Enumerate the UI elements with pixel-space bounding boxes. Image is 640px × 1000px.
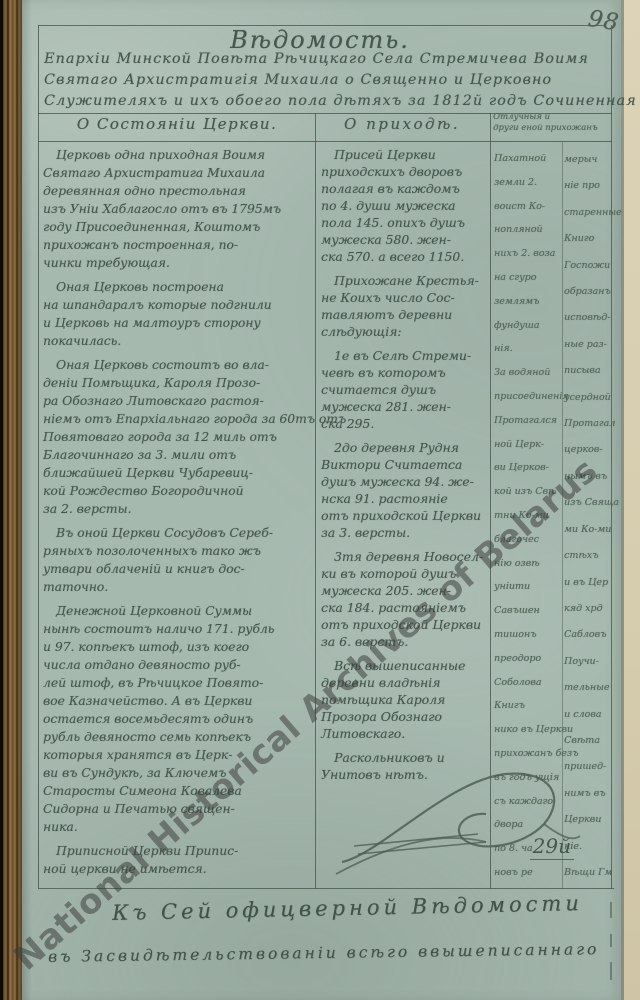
- table-border-right: [611, 25, 612, 889]
- text-line: Епархіи Минской Повѣта Рѣчицкаго Села Ст…: [44, 49, 616, 70]
- text-line: тавляютъ деревни: [321, 306, 487, 323]
- text-line: на шпандаралъ которые подгнили: [43, 296, 313, 314]
- paragraph: Всѣ вышеписанныедеревни владѣніяпомѣщика…: [321, 657, 487, 742]
- page-number: 98: [586, 6, 621, 37]
- paragraph: 1е въ Селѣ Стреми-чевѣ въ которомъсчитае…: [321, 347, 487, 432]
- text-line: и Церковь на малтоуръ сторону: [43, 314, 313, 332]
- text-line: кой изъ Свѣ: [494, 480, 560, 504]
- text-line: тни Ко-ми: [494, 504, 560, 528]
- text-line: Оная Церковь состоитъ во вла-: [43, 356, 313, 374]
- text-line: ска 295.: [321, 415, 487, 432]
- text-line: тишонъ: [494, 623, 560, 647]
- text-line: Святаго Архистратига Михаила: [43, 164, 313, 182]
- text-line: мерыч: [564, 147, 610, 173]
- text-line: по 4. души мужеска: [321, 197, 487, 214]
- paragraph: Приписной Церкви Припис-ной церкви не им…: [43, 842, 313, 878]
- margin-dash-mark: [610, 934, 612, 947]
- text-line: церков-: [564, 437, 610, 463]
- text-line: изъ Свяща: [564, 490, 610, 516]
- text-line: ска 570. а всего 1150.: [321, 248, 487, 265]
- text-line: Церковь одна приходная Воимя: [43, 146, 313, 164]
- text-line: Святаго Архистратигія Михаила о Священно…: [44, 70, 616, 91]
- text-line: покачилась.: [43, 332, 313, 350]
- text-line: Всѣ вышеписанные: [321, 657, 487, 674]
- signature-block: 29й: [328, 750, 608, 890]
- text-line: кяд хрд: [564, 596, 610, 622]
- text-line: отъ приходской Церкви: [321, 616, 487, 633]
- text-line: нска 91. растояніе: [321, 490, 487, 507]
- text-line: ніе про: [564, 173, 610, 199]
- text-line: Пахатной: [494, 147, 560, 171]
- text-line: за 2. версты.: [43, 500, 313, 518]
- text-line: Поучи-: [564, 649, 610, 675]
- text-line: мужеска 281. жен-: [321, 398, 487, 415]
- text-line: ви въ Сундукѣ, за Ключемъ: [43, 764, 313, 782]
- text-line: приходскихъ дворовъ: [321, 163, 487, 180]
- archival-scan-page: 98 Вѣдомость. Епархіи Минской Повѣта Рѣч…: [0, 0, 640, 1000]
- text-line: присоединенія: [494, 385, 560, 409]
- text-line: исповѣд-: [564, 305, 610, 331]
- text-line: писыва: [564, 358, 610, 384]
- paragraph: Оная Церковь построенана шпандаралъ кото…: [43, 278, 313, 350]
- text-line: земли 2.: [494, 171, 560, 195]
- text-line: фундуша: [494, 314, 560, 338]
- text-line: Повятоваго города за 12 миль отъ: [43, 428, 313, 446]
- text-line: изъ Уніи Хаблагосло отъ въ 1795мъ: [43, 200, 313, 218]
- text-line: на сгуро: [494, 266, 560, 290]
- text-line: за 3. версты.: [321, 524, 487, 541]
- text-line: чевѣ въ которомъ: [321, 364, 487, 381]
- parish-column-text: Присей Церквиприходскихъ дворовъполагая …: [321, 146, 487, 783]
- text-line: за 6. верстъ.: [321, 633, 487, 650]
- text-line: уніити: [494, 575, 560, 599]
- text-line: За водяной: [494, 361, 560, 385]
- text-line: образанъ: [564, 279, 610, 305]
- text-line: лей штоф, въ Рѣчицкое Повято-: [43, 674, 313, 692]
- text-line: Сидорна и Печатью священ-: [43, 800, 313, 818]
- text-line: нія.: [494, 337, 560, 361]
- text-line: Литовскаго.: [321, 725, 487, 742]
- text-line: ви Церков-: [494, 456, 560, 480]
- text-line: нико въ Церкви: [494, 718, 560, 742]
- text-line: землямъ: [494, 290, 560, 314]
- text-line: Виктори Считаетса: [321, 456, 487, 473]
- paragraph: Присей Церквиприходскихъ дворовъполагая …: [321, 146, 487, 265]
- signature-number: 29й: [530, 834, 574, 860]
- text-line: пола 145. опихъ душъ: [321, 214, 487, 231]
- text-line: полагая въ каждомъ: [321, 180, 487, 197]
- column-header-parish: О приходѣ.: [318, 115, 486, 133]
- text-line: нынѣ состоитъ наличо 171. рубль: [43, 620, 313, 638]
- text-line: числа отдано девяносто руб-: [43, 656, 313, 674]
- text-line: ника.: [43, 818, 313, 836]
- text-line: прихожанъ построенная, по-: [43, 236, 313, 254]
- text-line: Старосты Симеона Ковалева: [43, 782, 313, 800]
- text-line: ніемъ отъ Епархіальнаго города за 60тъ о…: [43, 410, 313, 428]
- paragraph: Въ оной Церкви Сосудовъ Сереб-ряныхъ поз…: [43, 524, 313, 596]
- text-line: 1е въ Селѣ Стреми-: [321, 347, 487, 364]
- table-header-bottom-line: [38, 141, 612, 142]
- paragraph: Денежной Церковной Суммынынѣ состоитъ на…: [43, 602, 313, 836]
- text-line: деревянная одно престольная: [43, 182, 313, 200]
- text-line: слѣдующія:: [321, 323, 487, 340]
- document-preamble: Епархіи Минской Повѣта Рѣчицкаго Села Ст…: [44, 49, 616, 112]
- church-state-column-text: Церковь одна приходная ВоимяСвятаго Архи…: [43, 146, 313, 878]
- text-line: нихъ 2. воза: [494, 242, 560, 266]
- text-line: деніи Помѣщика, Кароля Прозо-: [43, 374, 313, 392]
- text-line: помѣщика Кароля: [321, 691, 487, 708]
- text-line: Прозора Обознаго: [321, 708, 487, 725]
- paragraph: 3тя деревня Новосел-ки въ которой душъму…: [321, 548, 487, 650]
- text-line: году Присоединенная, Коштомъ: [43, 218, 313, 236]
- text-line: Сабловъ: [564, 622, 610, 648]
- text-line: стѣхъ: [564, 543, 610, 569]
- signature-flourish: [328, 750, 608, 890]
- text-line: нопляной: [494, 218, 560, 242]
- text-line: Прихожане Крестья-: [321, 272, 487, 289]
- text-line: Протагался: [494, 409, 560, 433]
- table-border-left: [38, 25, 39, 889]
- text-line: 3тя деревня Новосел-: [321, 548, 487, 565]
- text-line: остается восемьдесятъ одинъ: [43, 710, 313, 728]
- column-header-notes: Отлучныя идруги еной прихожанъ: [493, 112, 609, 134]
- column-header-church-state: О Состояніи Церкви.: [44, 115, 310, 133]
- text-line: ные раз-: [564, 332, 610, 358]
- text-line: ра Обознаго Литовскаго растоя-: [43, 392, 313, 410]
- text-line: Приписной Церкви Припис-: [43, 842, 313, 860]
- text-line: ска 184. растояніемъ: [321, 599, 487, 616]
- paragraph: Оная Церковь состоитъ во вла-деніи Помѣщ…: [43, 356, 313, 518]
- text-line: старенные: [564, 200, 610, 226]
- text-line: утвари облаченій и книгъ дос-: [43, 560, 313, 578]
- text-line: Протагал: [564, 411, 610, 437]
- text-line: 2до деревня Рудня: [321, 439, 487, 456]
- text-line: не Коихъ число Сос-: [321, 289, 487, 306]
- text-line: ной церкви не имѣется.: [43, 860, 313, 878]
- text-line: ки въ которой душъ: [321, 565, 487, 582]
- text-line: нымъ въ: [564, 464, 610, 490]
- text-line: чинки требующая.: [43, 254, 313, 272]
- text-line: и слова: [564, 702, 610, 728]
- text-line: ближайшей Церкви Чубаревиц-: [43, 464, 313, 482]
- book-binding-edge: [0, 0, 22, 1000]
- text-line: воист Ко-: [494, 195, 560, 219]
- table-divider-church-parish: [315, 113, 316, 889]
- margin-dash-mark: [610, 962, 612, 980]
- text-line: душъ мужеска 94. же-: [321, 473, 487, 490]
- text-line: мужеска 205. жен-: [321, 582, 487, 599]
- text-line: таточно.: [43, 578, 313, 596]
- text-line: Служителяхъ и ихъ обоего пола дѣтяхъ за …: [44, 91, 616, 112]
- text-line: которыя хранятся въ Церк-: [43, 746, 313, 764]
- paragraph: Прихожане Крестья-не Коихъ число Сос-тав…: [321, 272, 487, 340]
- text-line: Въ оной Церкви Сосудовъ Сереб-: [43, 524, 313, 542]
- text-line: благочес: [494, 528, 560, 552]
- text-line: ной Церк-: [494, 433, 560, 457]
- text-line: Денежной Церковной Суммы: [43, 602, 313, 620]
- text-line: вое Казначейство. А въ Церкви: [43, 692, 313, 710]
- text-line: Книго: [564, 226, 610, 252]
- text-line: нію озвѣ: [494, 552, 560, 576]
- text-line: ми Ко-ми: [564, 517, 610, 543]
- text-line: Оная Церковь построена: [43, 278, 313, 296]
- text-line: отъ приходской Церкви: [321, 507, 487, 524]
- text-line: ряныхъ позолоченныхъ тако жъ: [43, 542, 313, 560]
- text-line: кой Рождество Богородичной: [43, 482, 313, 500]
- text-line: Соболова: [494, 671, 560, 695]
- paragraph: 2до деревня РудняВиктори Считаетсадушъ м…: [321, 439, 487, 541]
- text-line: усердной: [564, 385, 610, 411]
- text-line: рубль девяносто семь копѣекъ: [43, 728, 313, 746]
- text-line: считается душъ: [321, 381, 487, 398]
- text-line: Савъшен: [494, 599, 560, 623]
- margin-dash-mark: [610, 902, 612, 918]
- text-line: Госпожи: [564, 253, 610, 279]
- text-line: деревни владѣнія: [321, 674, 487, 691]
- text-line: мужеска 580. жен-: [321, 231, 487, 248]
- text-line: тельные: [564, 675, 610, 701]
- text-line: преодоро: [494, 647, 560, 671]
- text-line: Книгъ: [494, 694, 560, 718]
- text-line: и 97. копѣекъ штоф, изъ коего: [43, 638, 313, 656]
- text-line: Присей Церкви: [321, 146, 487, 163]
- text-line: други еной прихожанъ: [493, 123, 609, 134]
- text-line: Отлучныя и: [493, 112, 609, 123]
- text-line: и въ Цер: [564, 570, 610, 596]
- paragraph: Церковь одна приходная ВоимяСвятаго Архи…: [43, 146, 313, 272]
- text-line: Благочиннаго за 3. мили отъ: [43, 446, 313, 464]
